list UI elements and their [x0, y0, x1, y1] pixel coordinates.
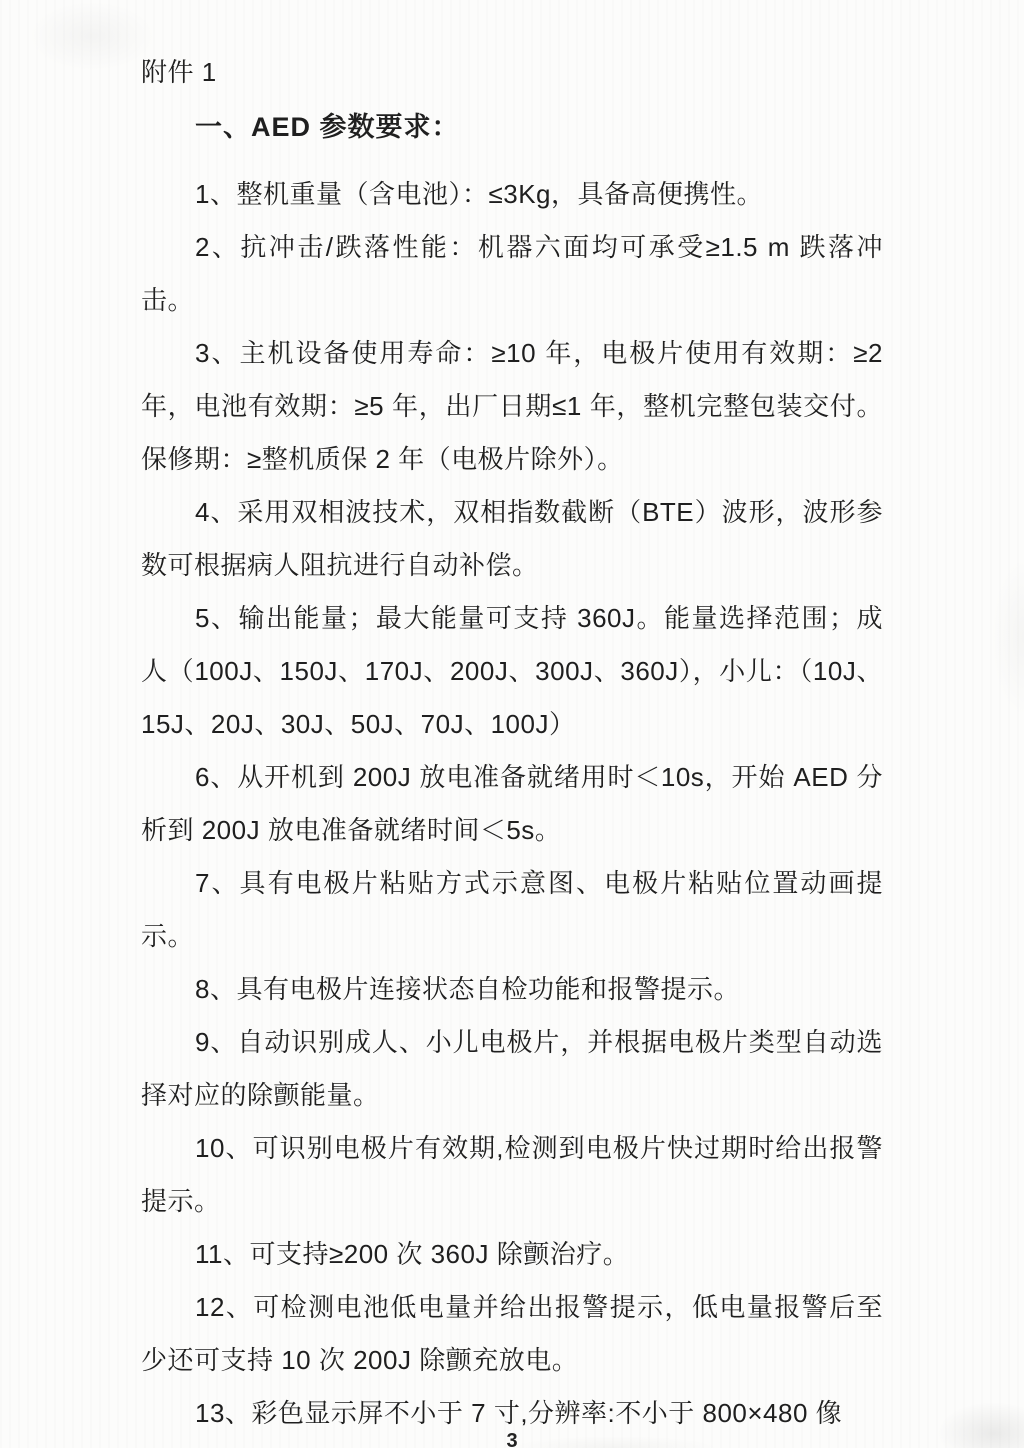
- requirement-item-6: 6、从开机到 200J 放电准备就绪用时＜10s，开始 AED 分析到 200J…: [141, 751, 883, 857]
- requirement-item-7: 7、具有电极片粘贴方式示意图、电极片粘贴位置动画提示。: [141, 857, 883, 963]
- attachment-label: 附件 1: [141, 46, 883, 99]
- requirement-item-3: 3、主机设备使用寿命：≥10 年，电极片使用有效期：≥2 年，电池有效期：≥5 …: [141, 327, 883, 486]
- requirement-item-1: 1、整机重量（含电池）：≤3Kg，具备高便携性。: [141, 168, 883, 221]
- requirement-item-11: 11、可支持≥200 次 360J 除颤治疗。: [141, 1228, 883, 1281]
- requirement-item-12: 12、可检测电池低电量并给出报警提示，低电量报警后至少还可支持 10 次 200…: [141, 1281, 883, 1387]
- requirement-item-9: 9、自动识别成人、小儿电极片，并根据电极片类型自动选择对应的除颤能量。: [141, 1016, 883, 1122]
- requirement-item-10: 10、可识别电极片有效期,检测到电极片快过期时给出报警提示。: [141, 1122, 883, 1228]
- requirement-item-8: 8、具有电极片连接状态自检功能和报警提示。: [141, 963, 883, 1016]
- requirement-item-5: 5、输出能量；最大能量可支持 360J。能量选择范围；成人（100J、150J、…: [141, 592, 883, 751]
- scanned-document-page: 附件 1 一、AED 参数要求： 1、整机重量（含电池）：≤3Kg，具备高便携性…: [0, 0, 1024, 1448]
- document-heading: 一、AED 参数要求：: [141, 101, 883, 154]
- requirement-item-4: 4、采用双相波技术，双相指数截断（BTE）波形，波形参数可根据病人阻抗进行自动补…: [141, 486, 883, 592]
- requirement-item-2: 2、抗冲击/跌落性能：机器六面均可承受≥1.5 m 跌落冲击。: [141, 221, 883, 327]
- document-content: 附件 1 一、AED 参数要求： 1、整机重量（含电池）：≤3Kg，具备高便携性…: [0, 0, 1024, 1448]
